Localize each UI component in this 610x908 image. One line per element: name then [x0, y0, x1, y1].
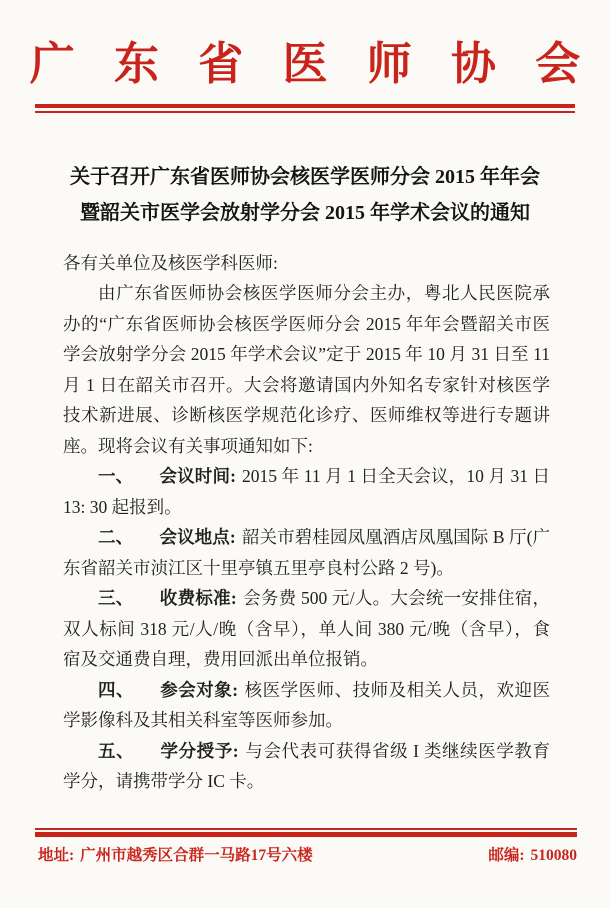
header-divider-thick-line	[35, 104, 575, 108]
section-5-text: 与会代表可获得省级 I 类继续医学教育学分，请携带学分 IC 卡。	[63, 741, 550, 792]
footer-address: 地址:广州市越秀区合群一马路17号六楼	[38, 843, 313, 865]
section-2-number: 二、	[98, 527, 133, 547]
footer-divider-thin-line	[35, 828, 577, 830]
footer-address-label: 地址:	[38, 847, 74, 864]
section-2-text: 韶关市碧桂园凤凰酒店凤凰国际 B 厅(广东省韶关市浈江区十里亭镇五里亭良村公路 …	[63, 527, 550, 578]
section-4-text: 核医学医师、技师及相关人员，欢迎医学影像科及其相关科室等医师参加。	[63, 680, 550, 731]
footer-postcode-value: 510080	[531, 847, 578, 864]
notice-title: 关于召开广东省医师协会核医学医师分会 2015 年年会 暨韶关市医学会放射学分会…	[0, 159, 610, 231]
section-3-heading: 收费标准:	[160, 588, 237, 608]
footer-address-value: 广州市越秀区合群一马路17号六楼	[80, 847, 313, 864]
section-item-4: 四、参会对象:核医学医师、技师及相关人员，欢迎医学影像科及其相关科室等医师参加。	[63, 675, 550, 736]
section-item-5: 五、学分授予:与会代表可获得省级 I 类继续医学教育学分，请携带学分 IC 卡。	[63, 736, 550, 797]
section-1-number: 一、	[98, 466, 133, 486]
section-5-number: 五、	[98, 741, 134, 761]
notice-title-line-1: 关于召开广东省医师协会核医学医师分会 2015 年年会	[0, 159, 610, 195]
section-3-number: 三、	[98, 588, 134, 608]
section-1-text: 2015 年 11 月 1 日全天会议，10 月 31 日 13: 30 起报到…	[63, 466, 550, 517]
footer-postcode-label: 邮编:	[488, 847, 524, 864]
section-item-1: 一、会议时间:2015 年 11 月 1 日全天会议，10 月 31 日 13:…	[63, 461, 550, 522]
notice-body: 各有关单位及核医学科医师: 由广东省医师协会核医学医师分会主办，粤北人民医院承办…	[63, 248, 550, 797]
section-3-text: 会务费 500 元/人。大会统一安排住宿，双人标间 318 元/人/晚（含早），…	[63, 588, 550, 669]
footer-postcode: 邮编:510080	[488, 843, 577, 865]
section-5-heading: 学分授予:	[160, 741, 238, 761]
section-1-heading: 会议时间:	[160, 466, 236, 486]
notice-page: 广 东 省 医 师 协 会 关于召开广东省医师协会核医学医师分会 2015 年年…	[0, 0, 610, 908]
intro-paragraph: 由广东省医师协会核医学医师分会主办，粤北人民医院承办的“广东省医师协会核医学医师…	[63, 278, 550, 461]
section-4-heading: 参会对象:	[160, 680, 238, 700]
section-item-2: 二、会议地点:韶关市碧桂园凤凰酒店凤凰国际 B 厅(广东省韶关市浈江区十里亭镇五…	[63, 522, 550, 583]
section-4-number: 四、	[98, 680, 134, 700]
salutation: 各有关单位及核医学科医师:	[63, 248, 550, 279]
header-divider	[35, 104, 575, 113]
footer-divider-thick-line	[35, 832, 577, 837]
footer-divider	[35, 828, 577, 837]
section-2-heading: 会议地点:	[159, 527, 235, 547]
notice-title-line-2: 暨韶关市医学会放射学分会 2015 年学术会议的通知	[0, 195, 610, 231]
footer: 地址:广州市越秀区合群一马路17号六楼 邮编:510080	[38, 843, 577, 865]
header-divider-thin-line	[35, 111, 575, 113]
org-name-heading: 广 东 省 医 师 协 会	[0, 0, 610, 90]
section-item-3: 三、收费标准:会务费 500 元/人。大会统一安排住宿，双人标间 318 元/人…	[63, 583, 550, 675]
